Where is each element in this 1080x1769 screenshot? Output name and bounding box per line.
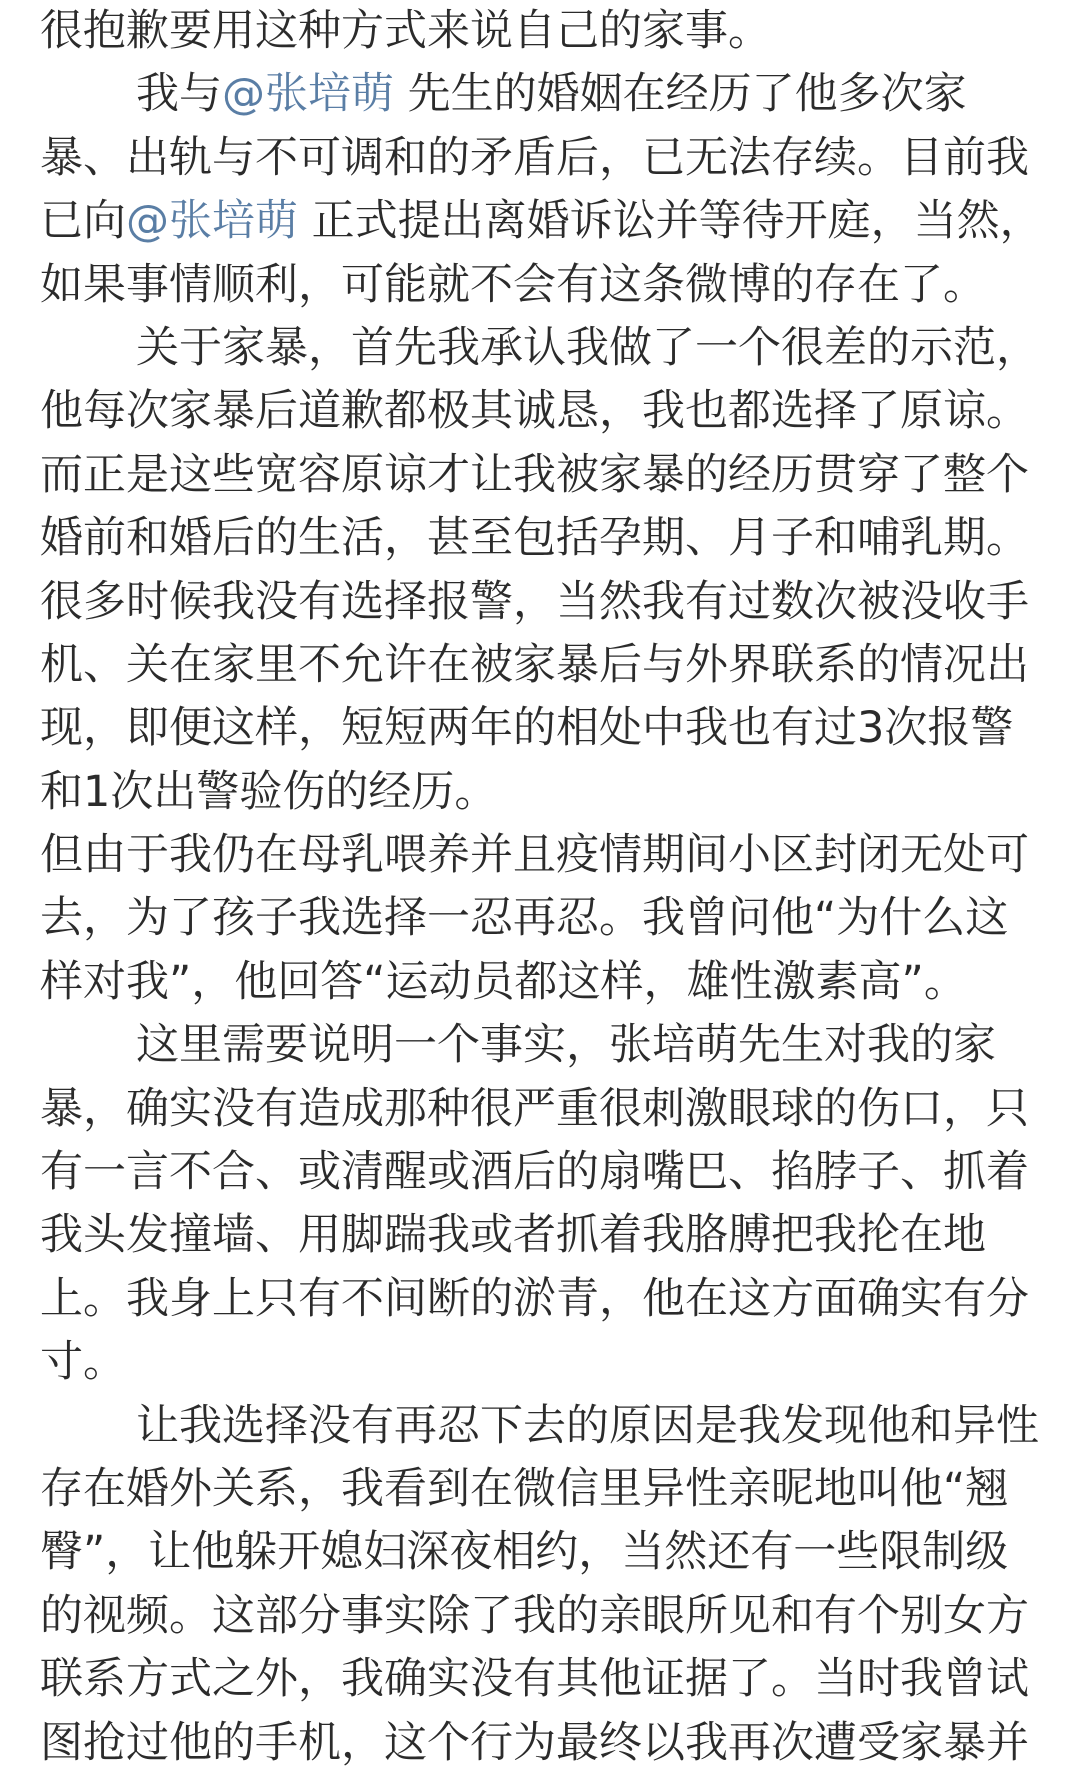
text-line: 很抱歉要用这种方式来说自己的家事。 xyxy=(40,0,1080,63)
text-line: 婚前和婚后的生活，甚至包括孕期、月子和哺乳期。 xyxy=(40,507,1080,570)
paragraph-endurance: 但由于我仍在母乳喂养并且疫情期间小区封闭无处可 去，为了孩子我选择一忍再忍。我曾… xyxy=(40,824,1080,1014)
paragraph-fact: 这里需要说明一个事实，张培萌先生对我的家 暴，确实没有造成那种很严重很刺激眼球的… xyxy=(40,1014,1080,1394)
text-line: 上。我身上只有不间断的淤青，他在这方面确实有分 xyxy=(40,1268,1080,1331)
text-line: 现，即便这样，短短两年的相处中我也有过3次报警 xyxy=(40,697,1080,760)
text-line: 样对我”，他回答“运动员都这样，雄性激素高”。 xyxy=(40,951,1080,1014)
text-line: 暴、出轨与不可调和的矛盾后，已无法存续。目前我 xyxy=(40,127,1080,190)
paragraph-domestic-violence: 关于家暴，首先我承认我做了一个很差的示范， 他每次家暴后道歉都极其诚恳，我也都选… xyxy=(40,317,1080,824)
text-line: 去，为了孩子我选择一忍再忍。我曾问他“为什么这 xyxy=(40,887,1080,950)
text-line: 他每次家暴后道歉都极其诚恳，我也都选择了原谅。 xyxy=(40,380,1080,443)
text-line: 很多时候我没有选择报警，当然我有过数次被没收手 xyxy=(40,571,1080,634)
text-line: 已向@张培萌 正式提出离婚诉讼并等待开庭，当然， xyxy=(40,190,1080,253)
text-line: 让我选择没有再忍下去的原因是我发现他和异性 xyxy=(40,1395,1080,1458)
text-segment: 先生的婚姻在经历了他多次家 xyxy=(394,69,967,119)
text-line: 臀”，让他躲开媳妇深夜相约，当然还有一些限制级 xyxy=(40,1521,1080,1584)
text-line: 如果事情顺利，可能就不会有这条微博的存在了。 xyxy=(40,254,1080,317)
text-line: 寸。 xyxy=(40,1331,1080,1394)
post-body: 很抱歉要用这种方式来说自己的家事。 我与@张培萌 先生的婚姻在经历了他多次家 暴… xyxy=(0,0,1080,1769)
paragraph-marriage: 我与@张培萌 先生的婚姻在经历了他多次家 暴、出轨与不可调和的矛盾后，已无法存续… xyxy=(40,63,1080,317)
text-line: 和1次出警验伤的经历。 xyxy=(40,761,1080,824)
text-line: 而正是这些宽容原谅才让我被家暴的经历贯穿了整个 xyxy=(40,444,1080,507)
text-line: 联系方式之外，我确实没有其他证据了。当时我曾试 xyxy=(40,1648,1080,1711)
mention-link[interactable]: @张培萌 xyxy=(126,196,298,246)
text-line: 这里需要说明一个事实，张培萌先生对我的家 xyxy=(40,1014,1080,1077)
text-line: 我头发撞墙、用脚踹我或者抓着我胳膊把我抡在地 xyxy=(40,1204,1080,1267)
text-line: 我与@张培萌 先生的婚姻在经历了他多次家 xyxy=(40,63,1080,126)
paragraph-reason: 让我选择没有再忍下去的原因是我发现他和异性 存在婚外关系，我看到在微信里异性亲昵… xyxy=(40,1395,1080,1769)
text-line: 有一言不合、或清醒或酒后的扇嘴巴、掐脖子、抓着 xyxy=(40,1141,1080,1204)
text-line: 关于家暴，首先我承认我做了一个很差的示范， xyxy=(40,317,1080,380)
text-segment: 正式提出离婚诉讼并等待开庭，当然， xyxy=(298,196,1043,246)
text-line: 存在婚外关系，我看到在微信里异性亲昵地叫他“翘 xyxy=(40,1458,1080,1521)
paragraph-intro: 很抱歉要用这种方式来说自己的家事。 xyxy=(40,0,1080,63)
text-line: 的视频。这部分事实除了我的亲眼所见和有个别女方 xyxy=(40,1585,1080,1648)
text-line: 图抢过他的手机，这个行为最终以我再次遭受家暴并 xyxy=(40,1712,1080,1769)
mention-link[interactable]: @张培萌 xyxy=(222,69,394,119)
text-line: 暴，确实没有造成那种很严重很刺激眼球的伤口，只 xyxy=(40,1078,1080,1141)
text-segment: 我与 xyxy=(136,69,222,119)
text-line: 但由于我仍在母乳喂养并且疫情期间小区封闭无处可 xyxy=(40,824,1080,887)
text-line: 机、关在家里不允许在被家暴后与外界联系的情况出 xyxy=(40,634,1080,697)
text-segment: 已向 xyxy=(40,196,126,246)
